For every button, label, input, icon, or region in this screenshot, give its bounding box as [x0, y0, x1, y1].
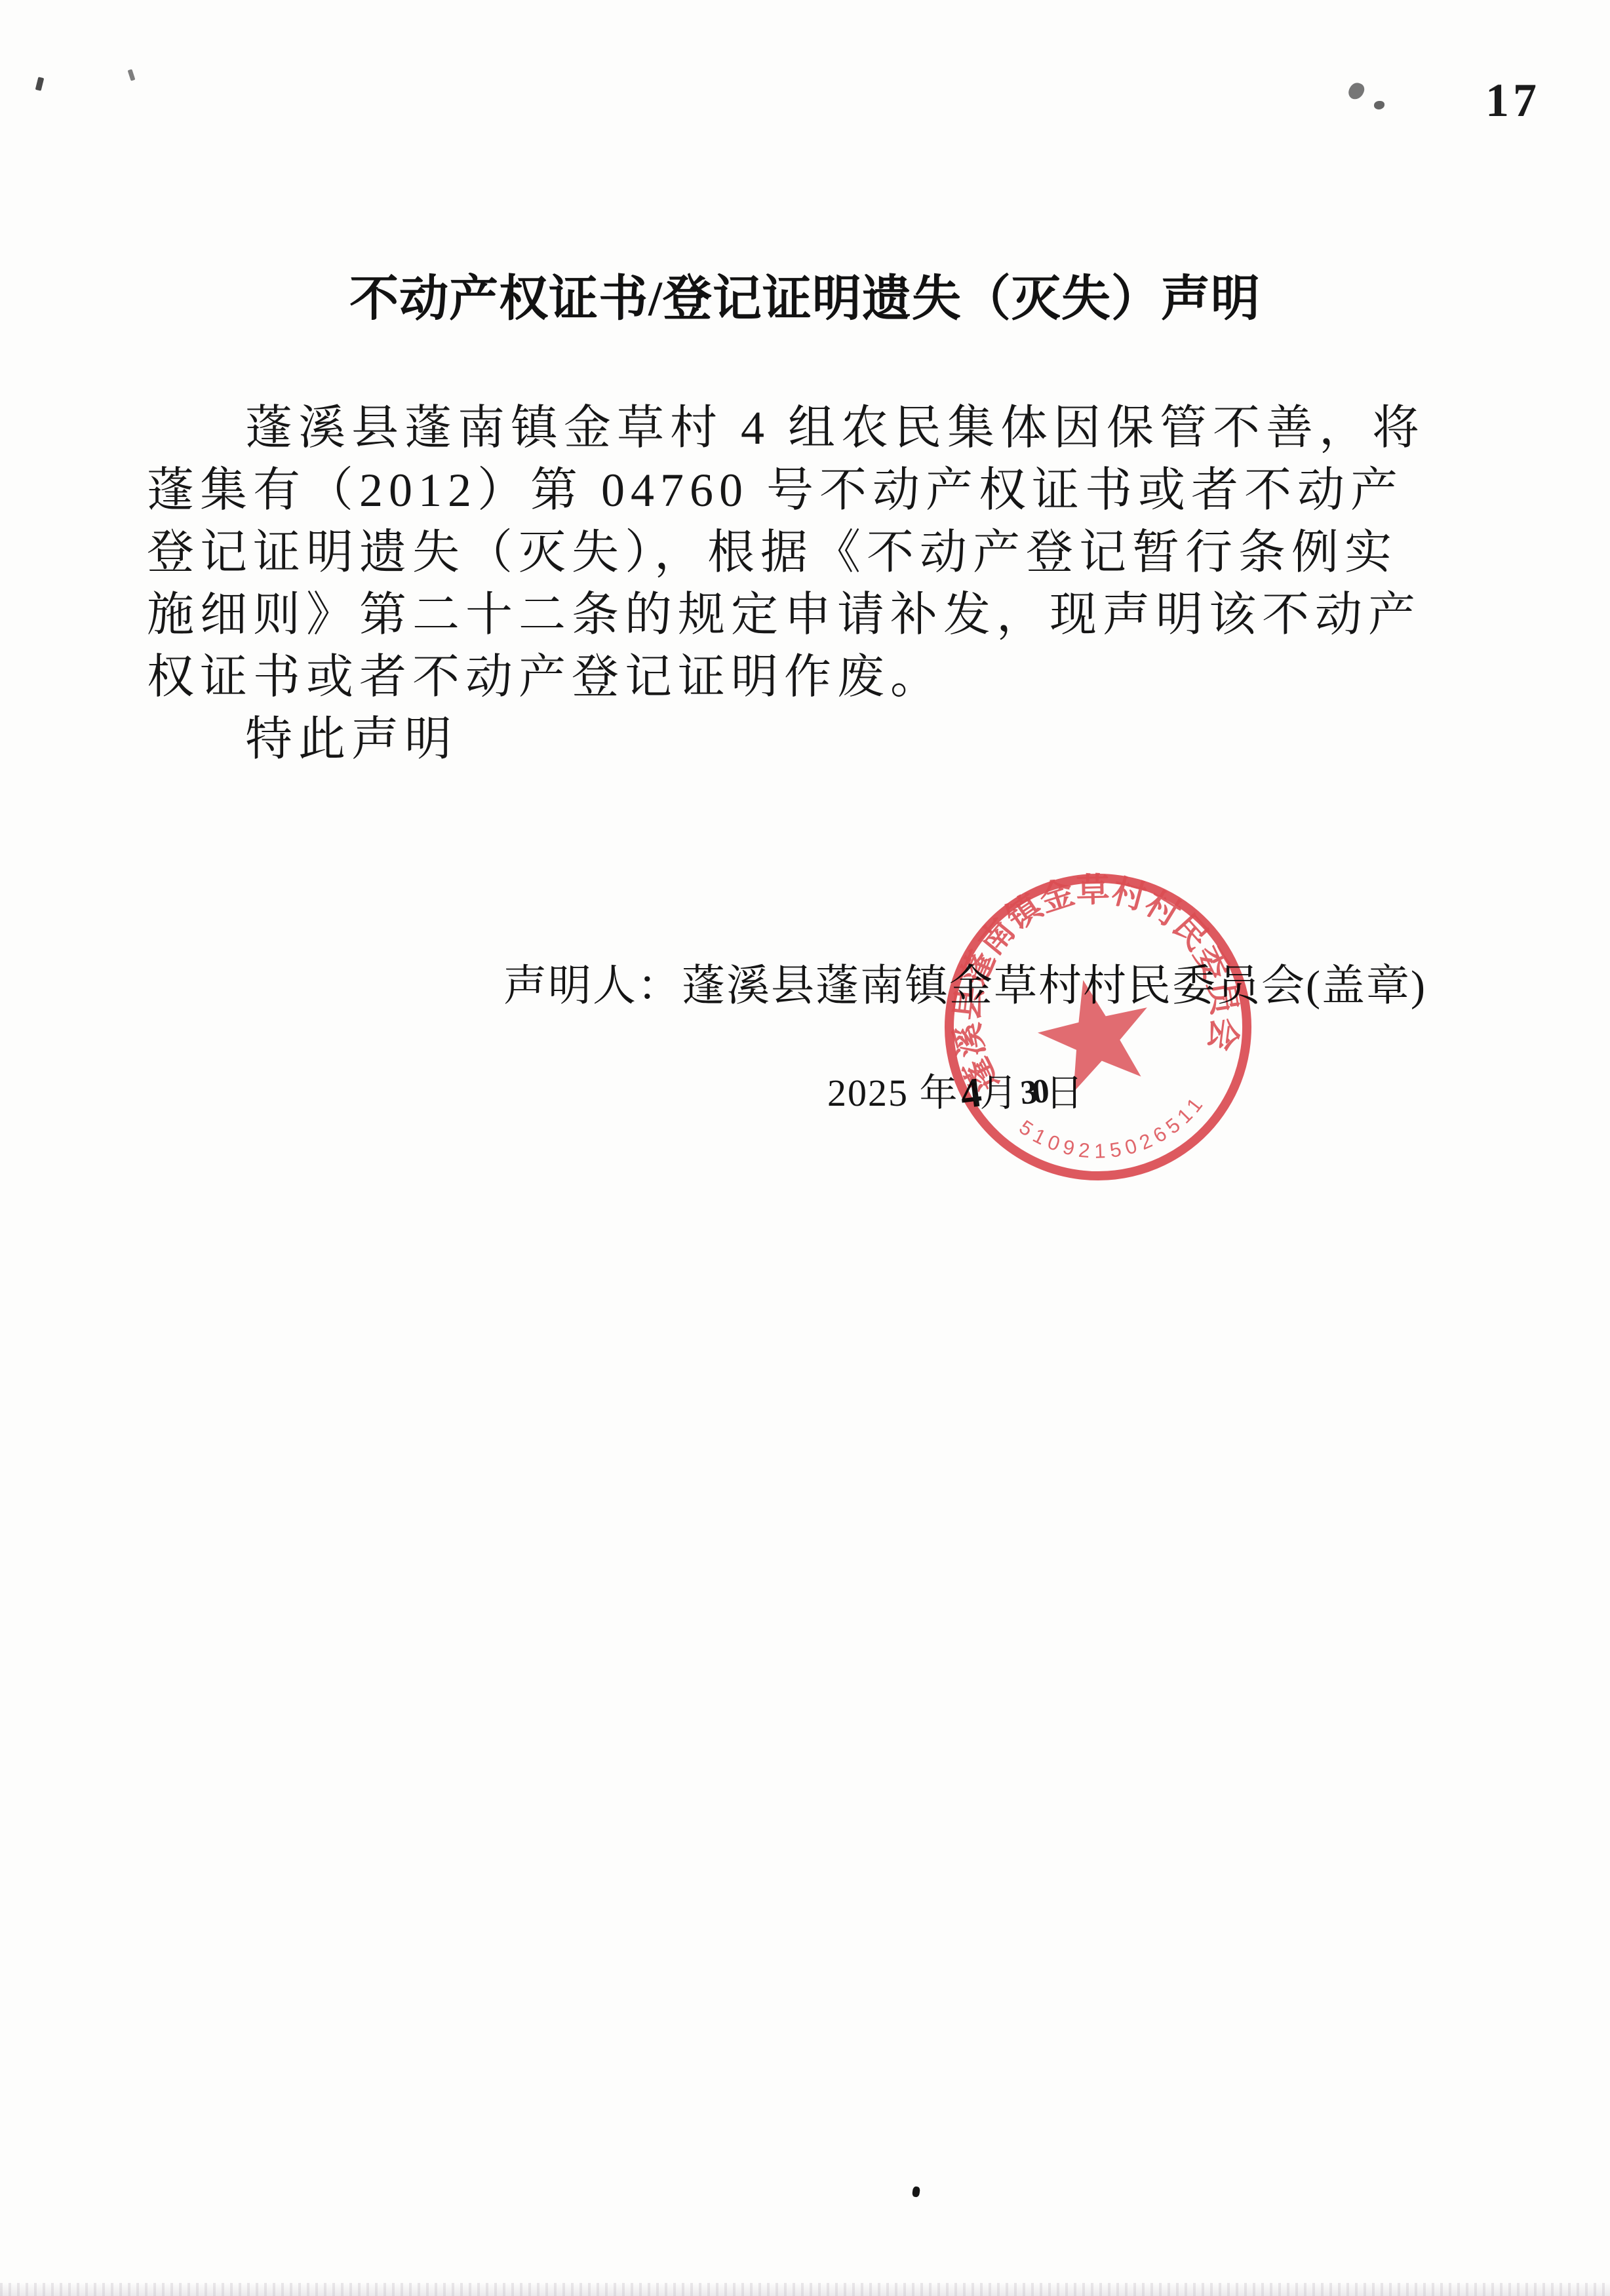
declaration-paragraph: 蓬溪县蓬南镇金草村 4 组农民集体因保管不善，将 蓬集有（2012）第 0476…: [147, 397, 1392, 771]
date-year: 2025 年: [827, 1072, 959, 1114]
paragraph-line: 蓬溪县蓬南镇金草村 4 组农民集体因保管不善，将: [147, 397, 1392, 459]
document-title: 不动产权证书/登记证明遗失（灭失）声明: [0, 260, 1610, 330]
ink-smudge: [1345, 79, 1398, 118]
seal-arc-text: 蓬溪县蓬南镇金草村村民委员会: [940, 869, 1253, 1116]
official-red-seal: 蓬溪县蓬南镇金草村村民委员会 5109215026511: [940, 869, 1256, 1185]
closing-statement: 特此声明: [147, 709, 1392, 771]
paragraph-line: 登记证明遗失（灭失），根据《不动产登记暂行条例实: [147, 522, 1392, 584]
scanner-noise-band: [0, 2283, 1610, 2296]
seal-star-icon: [1029, 967, 1162, 1097]
paragraph-line: 蓬集有（2012）第 04760 号不动产权证书或者不动产: [147, 459, 1392, 522]
scan-speck: [35, 77, 45, 91]
paragraph-line: 权证书或者不动产登记证明作废。: [147, 646, 1392, 709]
paragraph-line: 施细则》第二十二条的规定申请补发，现声明该不动产: [147, 584, 1392, 646]
page-number: 17: [1485, 73, 1541, 128]
scan-dot: [912, 2186, 920, 2197]
scan-speck: [128, 69, 136, 81]
document-page: 17 不动产权证书/登记证明遗失（灭失）声明 蓬溪县蓬南镇金草村 4 组农民集体…: [0, 0, 1610, 2296]
